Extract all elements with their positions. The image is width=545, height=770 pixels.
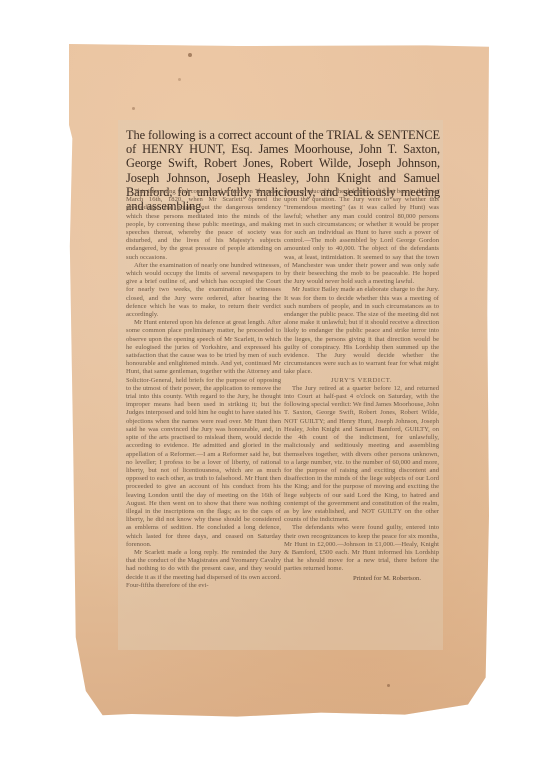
paragraph: After the examination of nearly one hund…	[126, 262, 281, 319]
verdict-heading: JURY'S VERDICT.	[284, 377, 439, 385]
foxing-spot	[188, 53, 192, 57]
foxing-spot	[132, 107, 135, 110]
right-column: dence produced by the defendants did not…	[284, 188, 439, 583]
foxing-spot	[178, 78, 181, 81]
paragraph: The defendants who were found guilty, en…	[284, 524, 439, 573]
paragraph: This interesting trial commenced at York…	[126, 188, 281, 262]
paragraph: Mr Hunt entered upon his defence at grea…	[126, 319, 281, 549]
imprint: Printed for M. Robertson.	[284, 575, 439, 583]
paragraph: Mr Scarlett made a long reply. He remind…	[126, 549, 281, 590]
paragraph: Mr Justice Bailey made an elaborate char…	[284, 286, 439, 376]
left-column: This interesting trial commenced at York…	[126, 188, 281, 590]
foxing-spot	[387, 684, 390, 687]
paragraph: The Jury retired at a quarter before 12,…	[284, 385, 439, 524]
paragraph: dence produced by the defendants did not…	[284, 188, 439, 286]
